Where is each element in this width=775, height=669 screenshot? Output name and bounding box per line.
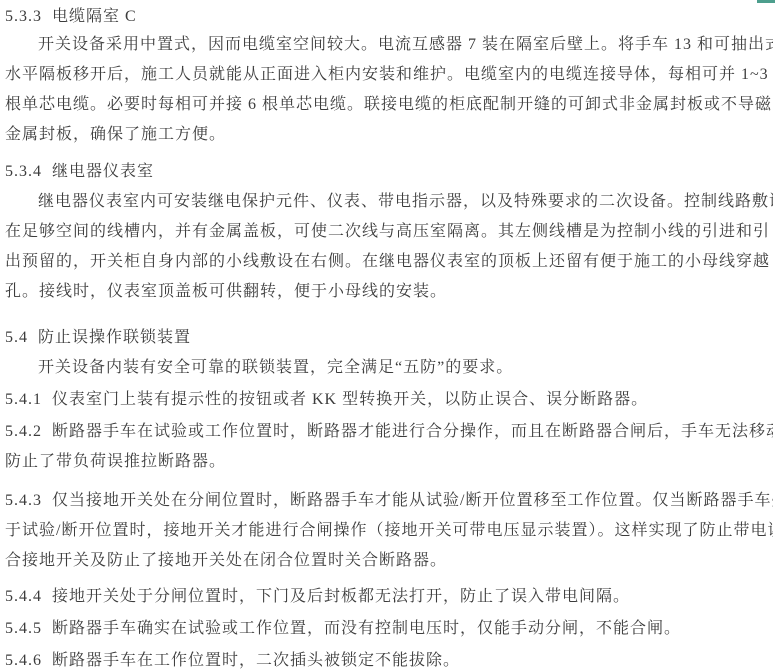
text-line: 防止了带负荷误推拉断路器。 (5, 447, 773, 477)
section-heading: 5.3.3 电缆隔室 C (5, 4, 773, 30)
window-edge-accent (757, 0, 775, 3)
text-line: 根单芯电缆。必要时每相可并接 6 根单芯电缆。联接电缆的柜底配制开缝的可卸式非金… (5, 90, 773, 120)
text-line: 合接地开关及防止了接地开关处在闭合位置时关合断路器。 (5, 546, 773, 576)
item-5.4.4: 5.4.4 接地开关处于分闸位置时，下门及后封板都无法打开，防止了误入带电间隔。 (5, 582, 773, 612)
text-line: 开关设备采用中置式，因而电缆室空间较大。电流互感器 7 装在隔室后壁上。将手车 … (5, 30, 773, 60)
item-5.4.5: 5.4.5 断路器手车确实在试验或工作位置，而没有控制电压时，仅能手动分闸，不能… (5, 614, 773, 644)
section-heading: 5.4 防止误操作联锁装置 (5, 323, 773, 353)
text-line: 孔。接线时，仪表室顶盖板可供翻转，便于小母线的安装。 (5, 277, 773, 307)
section-heading: 5.3.4 继电器仪表室 (5, 157, 773, 187)
text-line: 水平隔板移开后，施工人员就能从正面进入柜内安装和维护。电缆室内的电缆连接导体，每… (5, 60, 773, 90)
item-5.4.2: 5.4.2 断路器手车在试验或工作位置时，断路器才能进行合分操作，而且在断路器合… (5, 417, 773, 477)
text-line: 出预留的，开关柜自身内部的小线敷设在右侧。在继电器仪表室的顶板上还留有便于施工的… (5, 247, 773, 277)
text-line: 5.4.1 仪表室门上装有提示性的按钮或者 KK 型转换开关，以防止误合、误分断… (5, 385, 773, 415)
text-line: 开关设备内装有安全可靠的联锁装置，完全满足“五防”的要求。 (5, 353, 773, 383)
section-5.3.4: 5.3.4 继电器仪表室继电器仪表室内可安装继电保护元件、仪表、带电指示器，以及… (5, 157, 773, 307)
paragraph: 继电器仪表室内可安装继电保护元件、仪表、带电指示器，以及特殊要求的二次设备。控制… (5, 187, 773, 307)
text-line: 5.4.5 断路器手车确实在试验或工作位置，而没有控制电压时，仅能手动分闸，不能… (5, 614, 773, 644)
text-line: 5.4.2 断路器手车在试验或工作位置时，断路器才能进行合分操作，而且在断路器合… (5, 417, 773, 447)
text-line: 5.4.3 仅当接地开关处在分闸位置时，断路器手车才能从试验/断开位置移至工作位… (5, 486, 773, 516)
text-line: 于试验/断开位置时，接地开关才能进行合闸操作（接地开关可带电压显示装置）。这样实… (5, 516, 773, 546)
paragraph: 开关设备采用中置式，因而电缆室空间较大。电流互感器 7 装在隔室后壁上。将手车 … (5, 30, 773, 150)
section-5.4: 5.4 防止误操作联锁装置开关设备内装有安全可靠的联锁装置，完全满足“五防”的要… (5, 323, 773, 669)
item-5.4.3: 5.4.3 仅当接地开关处在分闸位置时，断路器手车才能从试验/断开位置移至工作位… (5, 486, 773, 576)
item-5.4.6: 5.4.6 断路器手车在工作位置时，二次插头被锁定不能拔除。 (5, 646, 773, 669)
text-line: 5.4.6 断路器手车在工作位置时，二次插头被锁定不能拔除。 (5, 646, 773, 669)
text-line: 金属封板，确保了施工方便。 (5, 120, 773, 150)
document-content: 5.3.3 电缆隔室 C开关设备采用中置式，因而电缆室空间较大。电流互感器 7 … (0, 0, 775, 669)
text-line: 在足够空间的线槽内，并有金属盖板，可使二次线与高压室隔离。其左侧线槽是为控制小线… (5, 217, 773, 247)
text-line: 5.4.4 接地开关处于分闸位置时，下门及后封板都无法打开，防止了误入带电间隔。 (5, 582, 773, 612)
section-5.3.3: 5.3.3 电缆隔室 C开关设备采用中置式，因而电缆室空间较大。电流互感器 7 … (5, 4, 773, 150)
document-page: { "colors": { "background": "#ffffff", "… (0, 0, 775, 669)
text-line: 继电器仪表室内可安装继电保护元件、仪表、带电指示器，以及特殊要求的二次设备。控制… (5, 187, 773, 217)
item-5.4.1: 5.4.1 仪表室门上装有提示性的按钮或者 KK 型转换开关，以防止误合、误分断… (5, 385, 773, 415)
paragraph: 开关设备内装有安全可靠的联锁装置，完全满足“五防”的要求。 (5, 353, 773, 383)
